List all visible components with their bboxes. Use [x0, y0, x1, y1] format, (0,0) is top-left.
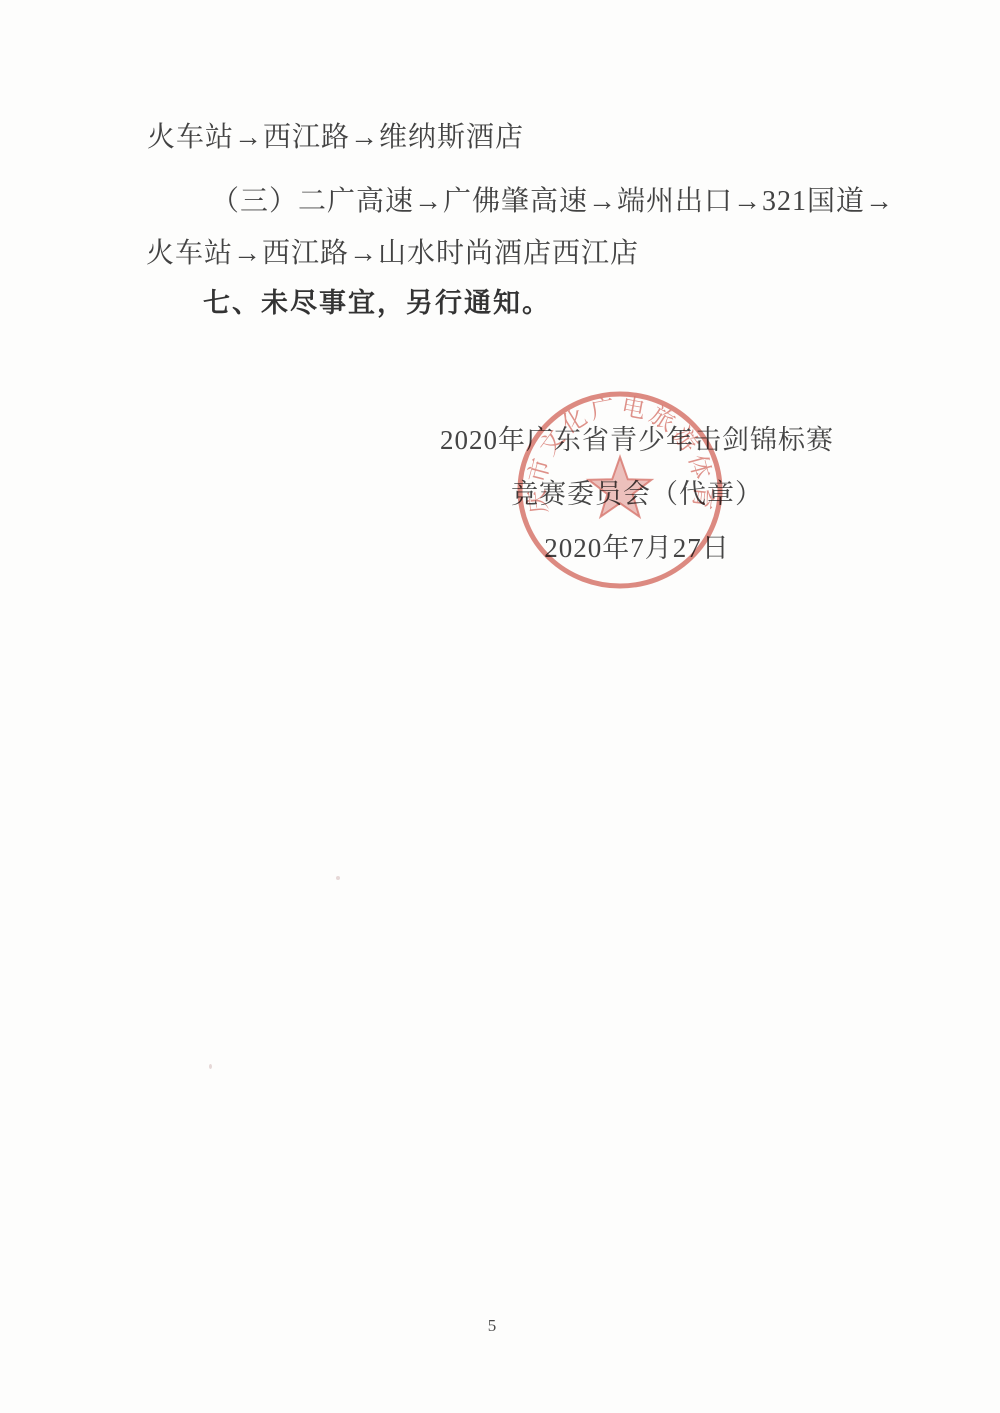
route-line-three-continued: 火车站→西江路→山水时尚酒店西江店 [146, 239, 639, 269]
scan-speck [336, 876, 340, 880]
route-line-three-start: （三）二广高速→广佛肇高速→端州出口→321国道→ [211, 187, 894, 217]
closing-notice-line: 七、未尽事宜，另行通知。 [203, 288, 551, 318]
document-page: 火车站→西江路→维纳斯酒店 （三）二广高速→广佛肇高速→端州出口→321国道→ … [0, 0, 1000, 1413]
signature-organization-line2: 竞赛委员会（代章） [437, 479, 837, 509]
route-line-venus-hotel: 火车站→西江路→维纳斯酒店 [147, 123, 524, 153]
signature-organization-line1: 2020年广东省青少年击剑锦标赛 [437, 425, 837, 455]
signature-date: 2020年7月27日 [437, 533, 837, 563]
scan-speck [209, 1064, 212, 1069]
page-number: 5 [0, 1316, 984, 1336]
